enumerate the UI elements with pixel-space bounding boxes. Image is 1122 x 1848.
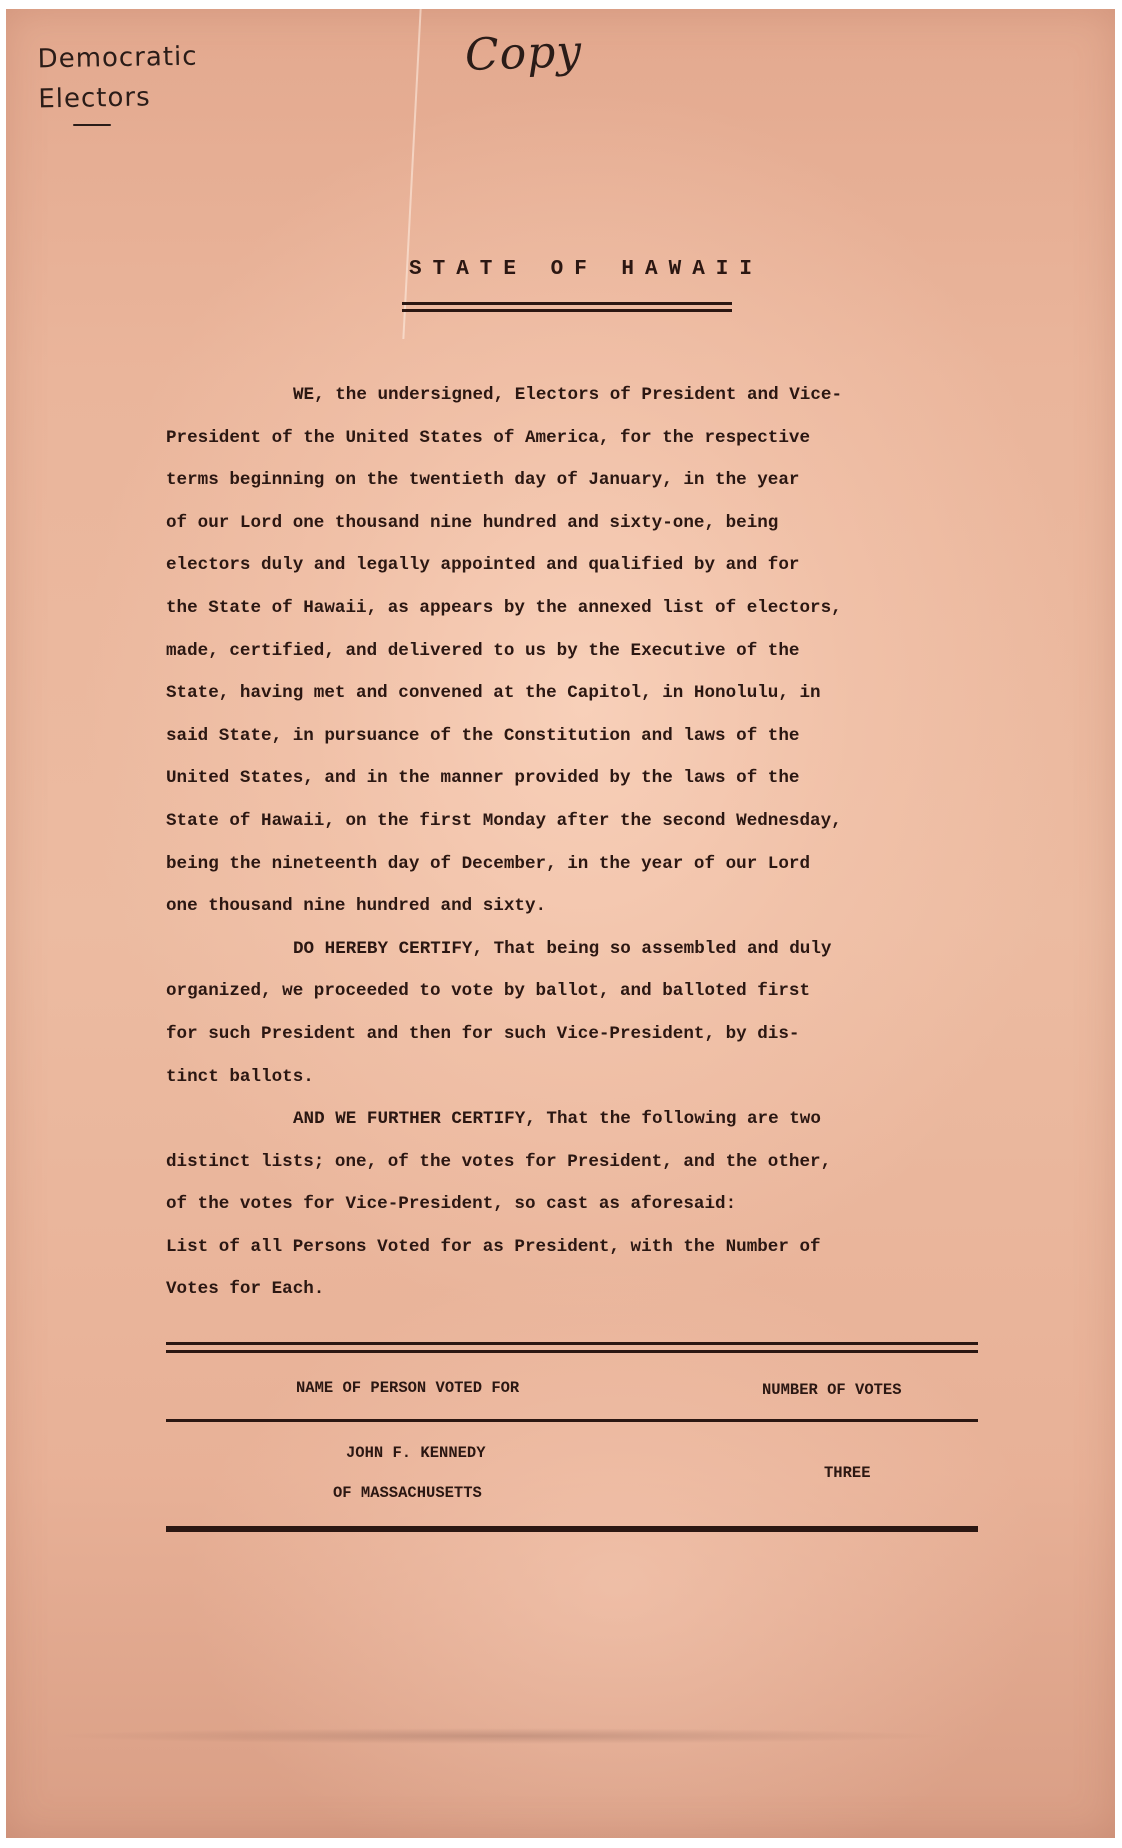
preamble-line: terms beginning on the twentieth day of …: [166, 459, 1046, 502]
certify-line: tinct ballots.: [166, 1056, 1046, 1099]
preamble-line: WE, the undersigned, Electors of Preside…: [166, 374, 1046, 417]
further-certify-line: distinct lists; one, of the votes for Pr…: [166, 1141, 1046, 1184]
document-body: WE, the undersigned, Electors of Preside…: [166, 374, 1046, 1311]
preamble-line: President of the United States of Americ…: [166, 417, 1046, 460]
paper-stain: [50, 1728, 950, 1744]
certify-line: DO HEREBY CERTIFY, That being so assembl…: [166, 928, 1046, 971]
certify-line: organized, we proceeded to vote by ballo…: [166, 970, 1046, 1013]
vote-table: NAME OF PERSON VOTED FOR NUMBER OF VOTES…: [166, 1342, 978, 1532]
preamble-line: made, certified, and delivered to us by …: [166, 630, 1046, 673]
title-double-rule: [402, 302, 732, 312]
preamble-line: of our Lord one thousand nine hundred an…: [166, 502, 1046, 545]
vote-count: THREE: [824, 1464, 871, 1482]
party-label-line2: Electors: [38, 77, 199, 120]
table-bottom-rule: [166, 1526, 978, 1532]
party-label-line1: Democratic: [37, 37, 198, 80]
further-certify-line: of the votes for Vice-President, so cast…: [166, 1183, 1046, 1226]
preamble-line: electors duly and legally appointed and …: [166, 544, 1046, 587]
preamble-line: said State, in pursuance of the Constitu…: [166, 715, 1046, 758]
table-top-rule: [166, 1342, 978, 1353]
list-heading-line: List of all Persons Voted for as Preside…: [166, 1226, 1046, 1269]
handwritten-underline: [73, 124, 111, 126]
table-row: JOHN F. KENNEDY OF MASSACHUSETTS THREE: [166, 1422, 978, 1526]
preamble-line: United States, and in the manner provide…: [166, 757, 1046, 800]
list-heading-line: Votes for Each.: [166, 1268, 1046, 1311]
handwritten-party-label: Democratic Electors: [37, 37, 198, 120]
preamble-line: being the nineteenth day of December, in…: [166, 843, 1046, 886]
header-name-of-person: NAME OF PERSON VOTED FOR: [296, 1379, 519, 1397]
certify-line: for such President and then for such Vic…: [166, 1013, 1046, 1056]
preamble-line: State, having met and convened at the Ca…: [166, 672, 1046, 715]
preamble-line: one thousand nine hundred and sixty.: [166, 885, 1046, 928]
handwritten-copy-mark: Copy: [464, 26, 583, 81]
candidate-state: OF MASSACHUSETTS: [333, 1484, 482, 1502]
further-certify-line: AND WE FURTHER CERTIFY, That the followi…: [166, 1098, 1046, 1141]
document-title: STATE OF HAWAII: [0, 258, 1122, 281]
table-header: NAME OF PERSON VOTED FOR NUMBER OF VOTES: [166, 1353, 978, 1419]
candidate-name: JOHN F. KENNEDY: [346, 1444, 486, 1462]
header-number-of-votes: NUMBER OF VOTES: [762, 1381, 902, 1399]
preamble-line: State of Hawaii, on the first Monday aft…: [166, 800, 1046, 843]
preamble-line: the State of Hawaii, as appears by the a…: [166, 587, 1046, 630]
